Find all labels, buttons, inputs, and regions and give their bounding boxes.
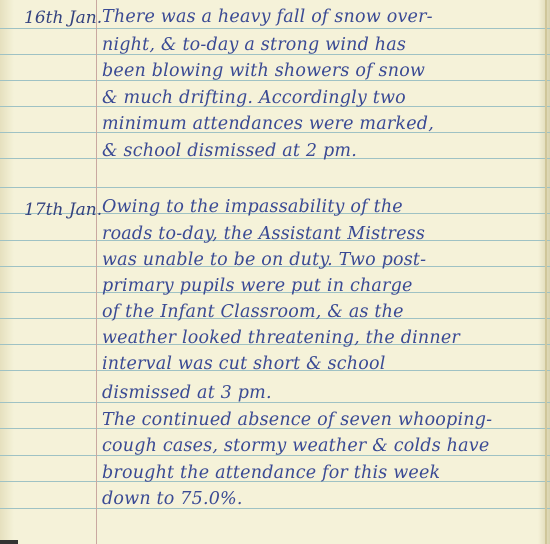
entry-date: 17th Jan.: [24, 200, 102, 220]
entry-line: of the Infant Classroom, & as the: [102, 302, 542, 322]
entry-line: Owing to the impassability of the: [102, 197, 542, 217]
entry-line: minimum attendances were marked,: [102, 114, 542, 134]
ruled-line: [0, 28, 550, 29]
entry-line: night, & to-day a strong wind has: [102, 35, 542, 55]
page-edge: [545, 0, 547, 544]
entry-line: dismissed at 3 pm.: [102, 383, 542, 403]
margin-line: [96, 0, 97, 544]
entry-line: weather looked threatening, the dinner: [102, 328, 542, 348]
entry-line: brought the attendance for this week: [102, 463, 542, 483]
entry-line: cough cases, stormy weather & colds have: [102, 436, 542, 456]
entry-line: primary pupils were put in charge: [102, 276, 542, 296]
entry-line: been blowing with showers of snow: [102, 61, 542, 81]
entry-line: The continued absence of seven whooping-: [102, 410, 542, 430]
entry-line: down to 75.0%.: [102, 489, 542, 509]
entry-line: was unable to be on duty. Two post-: [102, 250, 542, 270]
entry-line: There was a heavy fall of snow over-: [102, 7, 542, 27]
entry-line: interval was cut short & school: [102, 354, 542, 374]
logbook-page: 16th Jan. There was a heavy fall of snow…: [0, 0, 550, 544]
scan-edge-shadow: [0, 540, 18, 544]
entry-line: & school dismissed at 2 pm.: [102, 141, 542, 161]
entry-line: & much drifting. Accordingly two: [102, 88, 542, 108]
entry-date: 16th Jan.: [24, 8, 102, 28]
ruled-line: [0, 187, 550, 188]
entry-line: roads to-day, the Assistant Mistress: [102, 224, 542, 244]
